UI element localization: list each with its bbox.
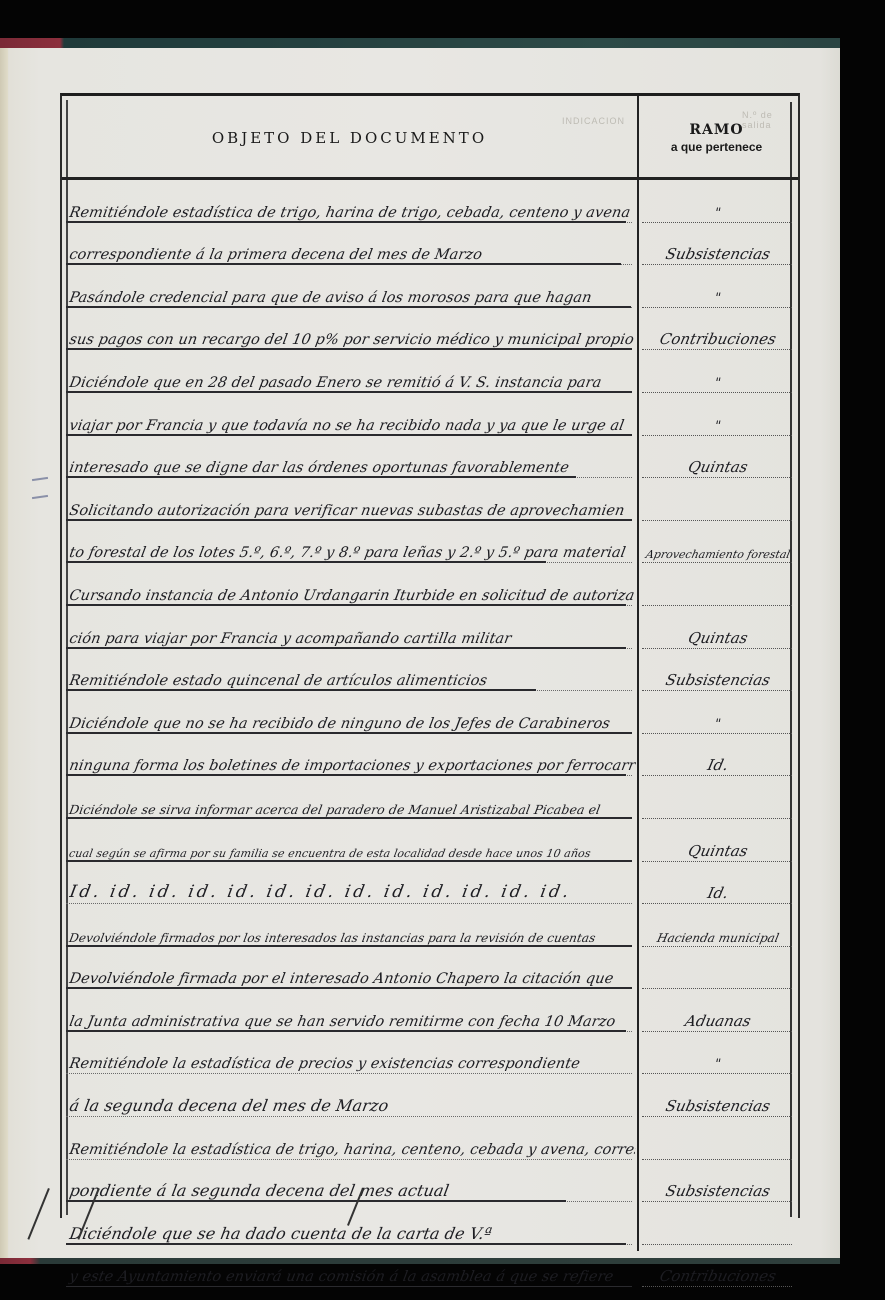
- ledger-row: Remitiéndole la estadística de precios y…: [62, 1036, 798, 1079]
- entry-ramo: Subsistencias: [642, 1097, 794, 1115]
- ledger-row: Remitiéndole la estadística de trigo, ha…: [62, 1121, 798, 1164]
- ledger-row: viajar por Francia y que todavía no se h…: [62, 397, 798, 440]
- entry-text: Diciéndole que no se ha recibido de ning…: [68, 716, 637, 732]
- entry-ramo: Id.: [642, 884, 794, 902]
- book-cover-bottom-edge: [0, 1258, 840, 1264]
- ledger-row: correspondiente á la primera decena del …: [62, 227, 798, 270]
- entry-text: pondiente á la segunda decena del mes ac…: [68, 1181, 637, 1200]
- pen-stroke: [27, 1188, 49, 1240]
- entry-text: Pasándole credencial para que de aviso á…: [68, 290, 637, 306]
- entry-ramo: ": [642, 1057, 793, 1072]
- ledger-row: Solicitando autorización para verificar …: [62, 482, 798, 525]
- entry-ramo: Quintas: [642, 629, 794, 647]
- entry-ramo: Hacienda municipal: [643, 931, 794, 945]
- entry-text: ción para viajar por Francia y acompañan…: [68, 631, 637, 647]
- entry-ramo: ": [642, 291, 793, 306]
- scanned-ledger-scene: INDICACION N.º de salida OBJETO DEL DOCU…: [0, 0, 885, 1300]
- entry-text: Devolviéndole firmada por el interesado …: [68, 971, 637, 987]
- ramo-title: RAMO: [689, 122, 743, 138]
- entry-ramo: ": [642, 717, 793, 732]
- header-ramo: RAMO a que pertenece: [639, 96, 794, 180]
- entry-text: Remitiéndole la estadística de trigo, ha…: [68, 1142, 637, 1158]
- entry-text: viajar por Francia y que todavía no se h…: [68, 418, 637, 434]
- ledger-row: Pasándole credencial para que de aviso á…: [62, 269, 798, 312]
- entry-text: Id. id. id. id. id. id. id. id. id. id. …: [68, 882, 638, 902]
- entry-ramo: Quintas: [642, 842, 794, 860]
- ledger-row: pondiente á la segunda decena del mes ac…: [62, 1164, 798, 1207]
- entry-text: Devolviéndole firmados por los interesad…: [68, 931, 636, 945]
- entry-ramo: Id.: [642, 756, 794, 774]
- ledger-row: Diciéndole se sirva informar acerca del …: [62, 780, 798, 823]
- ledger-row: Diciéndole que en 28 del pasado Enero se…: [62, 354, 798, 397]
- entry-ramo: Aprovechamiento forestal: [643, 548, 794, 561]
- entry-text: á la segunda decena del mes de Marzo: [68, 1096, 637, 1115]
- ledger-row: Devolviéndole firmada por el interesado …: [62, 951, 798, 994]
- ledger-row: Diciéndole que no se ha recibido de ning…: [62, 695, 798, 738]
- table-header: INDICACION N.º de salida OBJETO DEL DOCU…: [62, 96, 798, 180]
- ledger-row: cual según se afirma por su familia se e…: [62, 823, 798, 866]
- entry-ramo: Quintas: [642, 458, 794, 476]
- entry-text: interesado que se digne dar las órdenes …: [68, 460, 637, 476]
- entry-ramo: Contribuciones: [642, 330, 794, 348]
- entry-ramo: Subsistencias: [642, 671, 794, 689]
- entry-text: Remitiéndole estado quincenal de artícul…: [68, 673, 637, 689]
- entry-text: Remitiéndole la estadística de precios y…: [68, 1056, 637, 1072]
- entry-ramo: Subsistencias: [642, 245, 794, 263]
- entry-ramo: ": [642, 376, 793, 391]
- ledger-row: ninguna forma los boletines de importaci…: [62, 738, 798, 781]
- ledger-row: sus pagos con un recargo del 10 p% por s…: [62, 312, 798, 355]
- ledger-row: Remitiéndole estado quincenal de artícul…: [62, 653, 798, 696]
- entry-ramo: ": [642, 419, 793, 434]
- entry-text: to forestal de los lotes 5.º, 6.º, 7.º y…: [68, 545, 637, 561]
- entry-ramo: Subsistencias: [642, 1182, 794, 1200]
- ledger-row: Cursando instancia de Antonio Urdangarin…: [62, 567, 798, 610]
- entry-text: Remitiéndole estadística de trigo, harin…: [68, 205, 637, 221]
- header-objeto-del-documento: OBJETO DEL DOCUMENTO: [62, 96, 637, 180]
- entry-text: Diciéndole se sirva informar acerca del …: [68, 802, 637, 817]
- entry-text: Cursando instancia de Antonio Urdangarin…: [68, 588, 637, 604]
- entry-text: Diciéndole que se ha dado cuenta de la c…: [68, 1224, 637, 1243]
- ledger-row: á la segunda decena del mes de MarzoSubs…: [62, 1078, 798, 1121]
- entry-text: la Junta administrativa que se han servi…: [68, 1014, 637, 1030]
- ledger-row: interesado que se digne dar las órdenes …: [62, 440, 798, 483]
- ledger-row: Diciéndole que se ha dado cuenta de la c…: [62, 1206, 798, 1249]
- ledger-page: INDICACION N.º de salida OBJETO DEL DOCU…: [0, 48, 840, 1259]
- entry-ramo: Contribuciones: [642, 1267, 794, 1285]
- margin-pencil-mark: [32, 495, 48, 499]
- entry-text: sus pagos con un recargo del 10 p% por s…: [68, 332, 637, 348]
- page-spine: [0, 48, 8, 1259]
- ramo-subtitle: a que pertenece: [671, 140, 762, 154]
- ledger-row: y este Ayuntamiento enviará una comisión…: [62, 1249, 798, 1292]
- ledger-row: to forestal de los lotes 5.º, 6.º, 7.º y…: [62, 525, 798, 568]
- table-frame: INDICACION N.º de salida OBJETO DEL DOCU…: [60, 93, 800, 1218]
- ledger-row: Remitiéndole estadística de trigo, harin…: [62, 184, 798, 227]
- entry-text: correspondiente á la primera decena del …: [68, 247, 637, 263]
- margin-pencil-mark: [32, 477, 48, 481]
- entry-ramo: Aduanas: [642, 1012, 794, 1030]
- entry-text: cual según se afirma por su familia se e…: [68, 847, 636, 860]
- ledger-row: ción para viajar por Francia y acompañan…: [62, 610, 798, 653]
- ledger-row: Devolviéndole firmados por los interesad…: [62, 908, 798, 951]
- ledger-row: Id. id. id. id. id. id. id. id. id. id. …: [62, 866, 798, 909]
- entry-ramo: ": [642, 206, 793, 221]
- entry-text: Solicitando autorización para verificar …: [68, 503, 637, 519]
- entry-text: ninguna forma los boletines de importaci…: [68, 758, 637, 774]
- entry-text: y este Ayuntamiento enviará una comisión…: [68, 1269, 637, 1285]
- ledger-row: la Junta administrativa que se han servi…: [62, 993, 798, 1036]
- ledger-rows: Remitiéndole estadística de trigo, harin…: [62, 184, 798, 1291]
- entry-text: Diciéndole que en 28 del pasado Enero se…: [68, 375, 637, 391]
